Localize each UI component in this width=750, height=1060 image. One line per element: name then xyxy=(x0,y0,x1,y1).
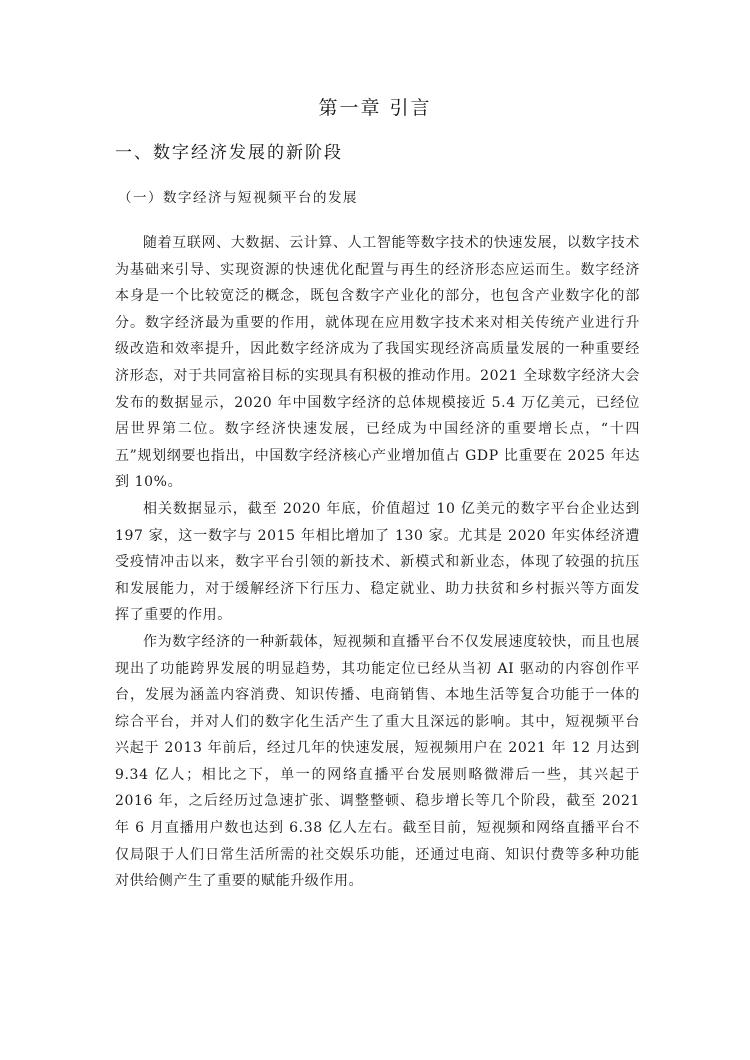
chapter-title: 第一章 引言 xyxy=(0,93,750,120)
section-title: 一、数字经济发展的新阶段 xyxy=(115,138,343,163)
paragraph: 相关数据显示，截至 2020 年底，价值超过 10 亿美元的数字平台企业达到 1… xyxy=(115,496,640,629)
document-page: 第一章 引言 一、数字经济发展的新阶段 （一）数字经济与短视频平台的发展 随着互… xyxy=(0,0,750,1060)
body-text: 随着互联网、大数据、云计算、人工智能等数字技术的快速发展，以数字技术为基础来引导… xyxy=(115,230,640,895)
paragraph: 作为数字经济的一种新载体，短视频和直播平台不仅发展速度较快，而且也展现出了功能跨… xyxy=(115,629,640,895)
paragraph: 随着互联网、大数据、云计算、人工智能等数字技术的快速发展，以数字技术为基础来引导… xyxy=(115,230,640,496)
subsection-title: （一）数字经济与短视频平台的发展 xyxy=(118,186,358,206)
